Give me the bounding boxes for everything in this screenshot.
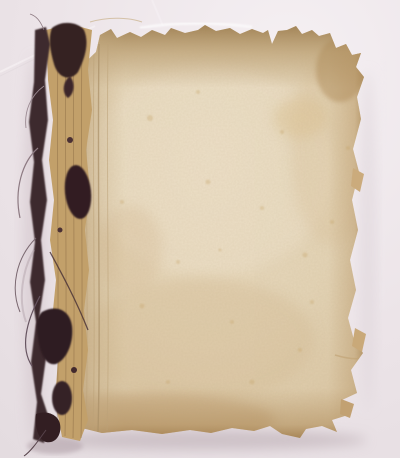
- antique-book-photo: [0, 0, 400, 458]
- paper-grain-texture: [60, 20, 370, 444]
- shadow-bottom: [43, 430, 367, 450]
- spine-dark-patch: [52, 381, 72, 415]
- photo-canvas: [0, 0, 400, 458]
- spine-dark-speck: [67, 137, 73, 143]
- shadow-spine-tip: [27, 438, 83, 454]
- spine-dark-speck: [71, 367, 77, 373]
- shadow-right: [360, 70, 376, 410]
- spine-dark-speck: [58, 228, 63, 233]
